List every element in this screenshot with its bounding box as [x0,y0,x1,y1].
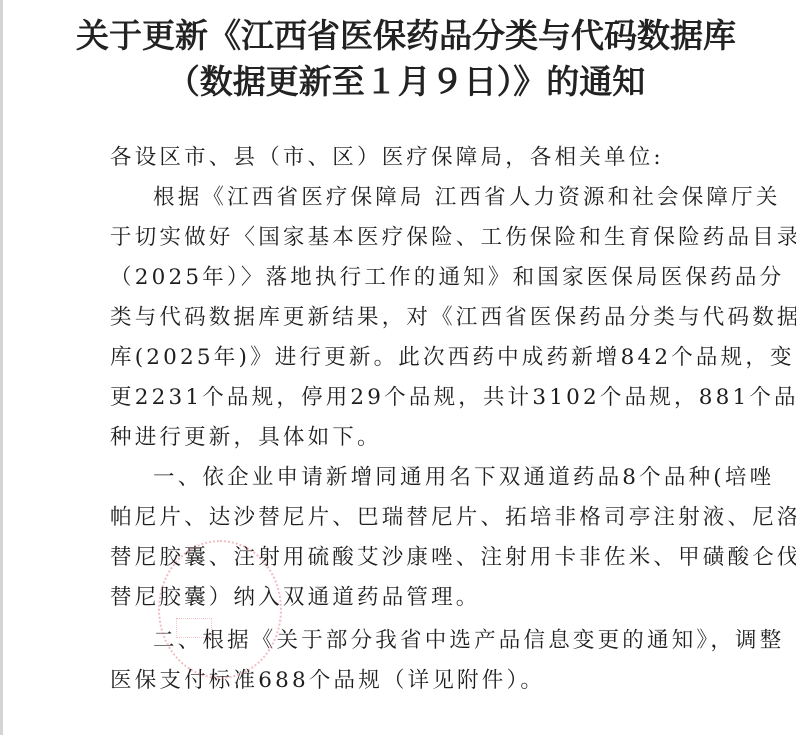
item-one-line: 一、依企业申请新增同通用名下双通道药品8个品种(培唑 [153,458,774,498]
item-one-line: 帕尼片、达沙替尼片、巴瑞替尼片、拓培非格司亭注射液、尼洛 [110,498,796,538]
document-title-line-2: （数据更新至１月９日）》的通知 [8,60,796,104]
document-title-line-1: 关于更新《江西省医保药品分类与代码数据库 [8,14,796,58]
body-line: 类与代码数据库更新结果，对《江西省医保药品分类与代码数据 [110,298,796,338]
official-seal-emblem [176,618,212,638]
salutation: 各设区市、县（市、区）医疗保障局，各相关单位: [110,138,664,178]
official-seal-stamp [158,540,282,679]
body-line: 根据《江西省医疗保障局 江西省人力资源和社会保障厅关 [153,178,781,218]
page-left-edge [0,0,3,735]
body-line: 于切实做好〈国家基本医疗保险、工伤保险和生育保险药品目录 [110,218,796,258]
item-two-line: 医保支付标准688个品规（详见附件）。 [110,661,545,701]
body-line: 库(2025年)》进行更新。此次西药中成药新增842个品规，变 [110,338,795,378]
body-line: 更2231个品规，停用29个品规，共计3102个品规，881个品 [110,378,796,418]
body-line: 种进行更新，具体如下。 [110,418,382,458]
body-line: （2025年）〉落地执行工作的通知》和国家医保局医保药品分 [110,258,784,298]
